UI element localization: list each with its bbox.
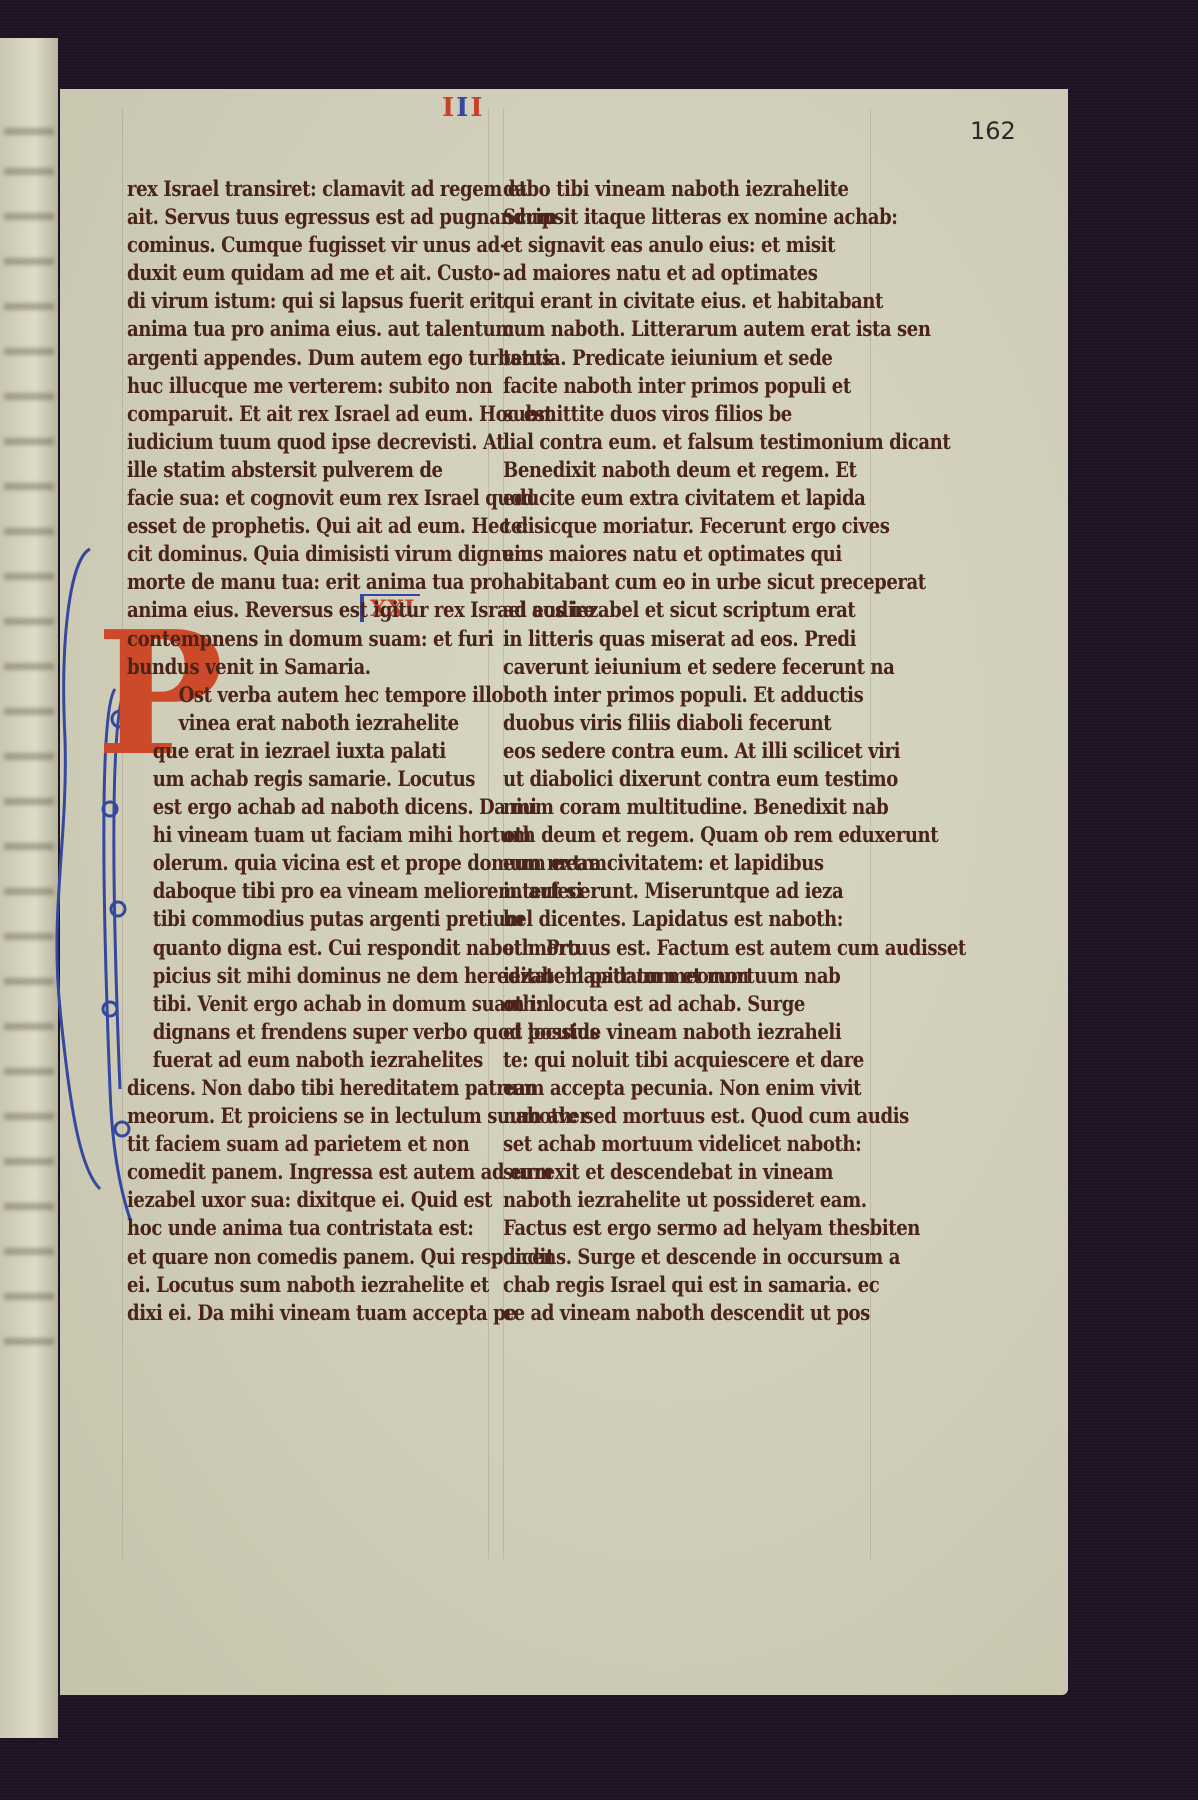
text-line: iezabel lapidatum et mortuum nab bbox=[503, 962, 966, 990]
text-line: chab regis Israel qui est in samaria. ec bbox=[503, 1271, 966, 1299]
text-line: set achab mortuum videlicet naboth: bbox=[503, 1130, 966, 1158]
text-line: eum extra civitatem: et lapidibus bbox=[503, 849, 966, 877]
text-line: educite eum extra civitatem et lapida bbox=[503, 484, 966, 512]
text-line: Scripsit itaque litteras ex nomine achab… bbox=[503, 203, 966, 231]
text-line: dabo tibi vineam naboth iezrahelite bbox=[503, 175, 966, 203]
text-line: naboth: sed mortuus est. Quod cum audis bbox=[503, 1102, 966, 1130]
text-line: caverunt ieiunium et sedere fecerunt na bbox=[503, 653, 966, 681]
text-line: cum naboth. Litterarum autem erat ista s… bbox=[503, 315, 966, 343]
text-line: ad maiores natu et ad optimates bbox=[503, 259, 966, 287]
text-line: qui erant in civitate eius. et habitaban… bbox=[503, 287, 966, 315]
text-line: oth deum et regem. Quam ob rem eduxerunt bbox=[503, 821, 966, 849]
text-line: et mortuus est. Factum est autem cum aud… bbox=[503, 934, 966, 962]
text-line: submittite duos viros filios be bbox=[503, 400, 966, 428]
text-line: habitabant cum eo in urbe sicut preceper… bbox=[503, 568, 966, 596]
text-line: both inter primos populi. Et adductis bbox=[503, 681, 966, 709]
text-line: ad eos iezabel et sicut scriptum erat bbox=[503, 596, 966, 624]
text-column-2: dabo tibi vineam naboth iezrahelite Scri… bbox=[503, 175, 1041, 1327]
text-line: te: sicque moriatur. Fecerunt ergo cives bbox=[503, 512, 966, 540]
text-line: Factus est ergo sermo ad helyam thesbite… bbox=[503, 1214, 966, 1242]
text-line: surrexit et descendebat in vineam bbox=[503, 1158, 966, 1186]
text-line: in litteris quas miserat ad eos. Predi bbox=[503, 625, 966, 653]
text-line: duobus viris filiis diaboli fecerunt bbox=[503, 709, 966, 737]
text-line: et signavit eas anulo eius: et misit bbox=[503, 231, 966, 259]
text-line: interfecerunt. Miseruntque ad ieza bbox=[503, 877, 966, 905]
text-line: eius maiores natu et optimates qui bbox=[503, 540, 966, 568]
text-line: oth: locuta est ad achab. Surge bbox=[503, 990, 966, 1018]
running-header: III bbox=[442, 93, 485, 123]
text-line: bel dicentes. Lapidatus est naboth: bbox=[503, 905, 966, 933]
text-line: facite naboth inter primos populi et bbox=[503, 372, 966, 400]
manuscript-leaf: III 162 P XXI rex Israel transiret: clam… bbox=[60, 89, 1068, 1695]
text-line: tentia. Predicate ieiunium et sede bbox=[503, 344, 966, 372]
text-line: naboth iezrahelite ut possideret eam. bbox=[503, 1186, 966, 1214]
folio-number: 162 bbox=[970, 117, 1016, 145]
text-line: eam accepta pecunia. Non enim vivit bbox=[503, 1074, 966, 1102]
text-line: nium coram multitudine. Benedixit nab bbox=[503, 793, 966, 821]
text-line: dicens. Surge et descende in occursum a bbox=[503, 1243, 966, 1271]
text-line: ce ad vineam naboth descendit ut pos bbox=[503, 1299, 966, 1327]
text-line: eos sedere contra eum. At illi scilicet … bbox=[503, 737, 966, 765]
text-line: Benedixit naboth deum et regem. Et bbox=[503, 456, 966, 484]
text-line: et posside vineam naboth iezraheli bbox=[503, 1018, 966, 1046]
text-line: ut diabolici dixerunt contra eum testimo bbox=[503, 765, 966, 793]
text-line: te: qui noluit tibi acquiescere et dare bbox=[503, 1046, 966, 1074]
text-line: lial contra eum. et falsum testimonium d… bbox=[503, 428, 966, 456]
